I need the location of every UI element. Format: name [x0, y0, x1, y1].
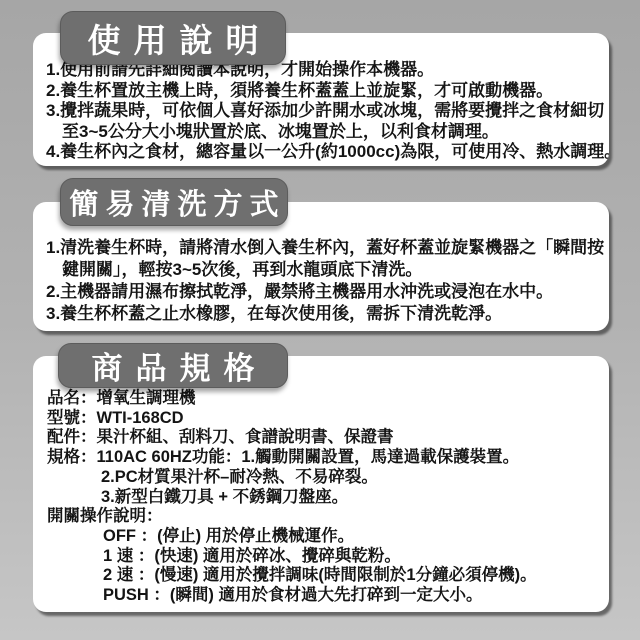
cleaning-line-1-cont: 鍵開關」，輕按3~5次後，再到水龍頭底下清洗。	[46, 259, 601, 281]
cleaning-line-1: 1.清洗養生杯時，請將清水倒入養生杯內，蓋好杯蓋並旋緊機器之「瞬間按	[46, 237, 601, 259]
spec-switch-heading: 開關操作說明：	[47, 507, 601, 527]
cleaning-title-badge: 簡易清洗方式	[60, 178, 288, 226]
spec-power-feature-1: 規格：110AC 60HZ功能：1.觸動開關設置，馬達過載保護裝置。	[47, 448, 601, 468]
spec-accessories: 配件：果汁杯組、刮料刀、食譜說明書、保證書	[47, 428, 601, 448]
spec-product-name: 品名：增氧生調理機	[47, 389, 601, 409]
product-info-sheet: 1.使用前請先詳細閱讀本說明，才開始操作本機器。 2.養生杯置放主機上時，須將養…	[0, 0, 640, 640]
section-title: 簡易清洗方式	[62, 182, 285, 223]
spec-switch-off: OFF ：(停止) 用於停止機械運作。	[47, 527, 601, 547]
spec-switch-speed-1: 1 速 ：(快速) 適用於碎冰、攪碎與乾粉。	[47, 547, 601, 567]
spec-feature-3: 3.新型白鐵刀具 + 不銹鋼刀盤座。	[47, 488, 601, 508]
spec-switch-speed-2: 2 速 ：(慢速) 適用於攪拌調味(時間限制於1分鐘必須停機)。	[47, 566, 601, 586]
usage-line-3-cont: 至3~5公分大小塊狀置於底、冰塊置於上，以利食材調理。	[46, 122, 601, 143]
specs-title-badge: 商品規格	[58, 343, 288, 388]
cleaning-line-3: 3.養生杯杯蓋之止水橡膠，在每次使用後，需拆下清洗乾淨。	[46, 303, 601, 325]
specs-panel: 品名：增氧生調理機 型號：WTI-168CD 配件：果汁杯組、刮料刀、食譜說明書…	[33, 356, 609, 612]
usage-title-badge: 使用說明	[60, 11, 286, 65]
specs-text: 品名：增氧生調理機 型號：WTI-168CD 配件：果汁杯組、刮料刀、食譜說明書…	[33, 356, 609, 606]
spec-switch-push: PUSH ：(瞬間) 適用於食材過大先打碎到一定大小。	[47, 586, 601, 606]
section-title: 使用說明	[75, 15, 272, 62]
cleaning-line-2: 2.主機器請用濕布擦拭乾淨，嚴禁將主機器用水沖洗或浸泡在水中。	[46, 281, 601, 303]
section-title: 商品規格	[79, 343, 268, 388]
usage-line-4: 4.養生杯內之食材，總容量以一公升(約1000cc)為限，可使用冷、熱水調理。	[46, 142, 601, 163]
spec-feature-2: 2.PC材質果汁杯–耐冷熱、不易碎裂。	[47, 468, 601, 488]
usage-line-2: 2.養生杯置放主機上時，須將養生杯蓋蓋上並旋緊，才可啟動機器。	[46, 81, 601, 102]
usage-line-3: 3.攪拌蔬果時，可依個人喜好添加少許開水或冰塊，需將要攪拌之食材細切	[46, 101, 601, 122]
spec-model-number: 型號：WTI-168CD	[47, 409, 601, 429]
